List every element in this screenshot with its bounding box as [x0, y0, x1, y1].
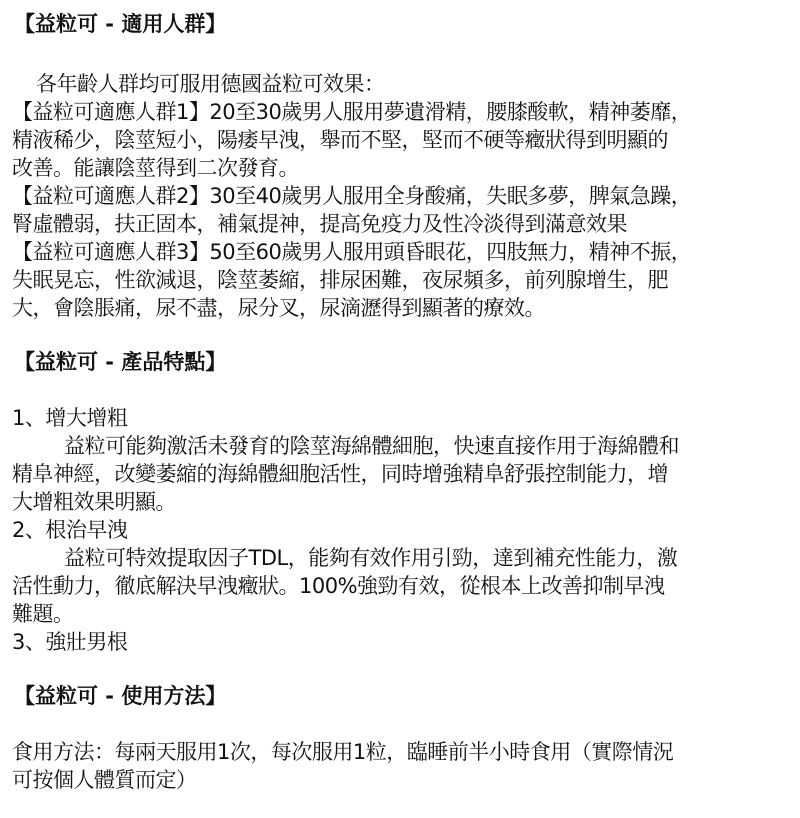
paragraph-line: 大，會陰脹痛，尿不盡，尿分叉，尿滴瀝得到顯著的療效。 [12, 294, 545, 322]
paragraph-line: 精液稀少，陰莖短小，陽痿早洩，舉而不堅，堅而不硬等癥狀得到明顯的 [12, 126, 668, 154]
paragraph-line: 難題。 [12, 600, 74, 628]
paragraph-line: 大增粗效果明顯。 [12, 488, 176, 516]
paragraph-line: 精阜神經，改變萎縮的海綿體細胞活性，同時增強精阜舒張控制能力，增 [12, 460, 668, 488]
paragraph-line: 失眠晃忘，性欲減退，陰莖萎縮，排尿困難，夜尿頻多，前列腺增生，肥 [12, 266, 668, 294]
feature-title: 2、根治早洩 [12, 516, 127, 544]
paragraph-line: 益粒可能夠激活未發育的陰莖海綿體細胞，快速直接作用于海綿體和 [64, 432, 679, 460]
paragraph-line: 改善。能讓陰莖得到二次發育。 [12, 154, 299, 182]
section-heading-target-groups: 【益粒可 - 適用人群】 [14, 10, 226, 38]
paragraph-line: 【益粒可適應人群3】50至60歲男人服用頭昏眼花，四肢無力，精神不振， [12, 238, 691, 266]
paragraph-line: 【益粒可適應人群2】30至40歲男人服用全身酸痛，失眠多夢，脾氣急躁， [12, 182, 691, 210]
paragraph-line: 食用方法：每兩天服用1次，每次服用1粒，臨睡前半小時食用（實際情況 [12, 738, 673, 766]
intro-line: 各年齡人群均可服用德國益粒可效果： [36, 70, 385, 98]
paragraph-line: 益粒可特效提取因子TDL，能夠有效作用引勁，達到補充性能力，激 [64, 544, 677, 572]
feature-title: 3、強壯男根 [12, 628, 127, 656]
section-heading-product-features: 【益粒可 - 產品特點】 [14, 348, 226, 376]
paragraph-line: 腎虛體弱，扶正固本，補氣提神，提高免疫力及性冷淡得到滿意效果 [12, 210, 627, 238]
feature-title: 1、增大增粗 [12, 404, 127, 432]
paragraph-line: 可按個人體質而定） [12, 766, 197, 794]
paragraph-line: 活性動力，徹底解決早洩癥狀。100%強勁有效，從根本上改善抑制早洩 [12, 572, 665, 600]
section-heading-usage: 【益粒可 - 使用方法】 [14, 682, 226, 710]
document: 【益粒可 - 適用人群】 各年齡人群均可服用德國益粒可效果： 【益粒可適應人群1… [0, 0, 800, 818]
paragraph-line: 【益粒可適應人群1】20至30歲男人服用夢遺滑精，腰膝酸軟，精神萎靡， [12, 98, 691, 126]
